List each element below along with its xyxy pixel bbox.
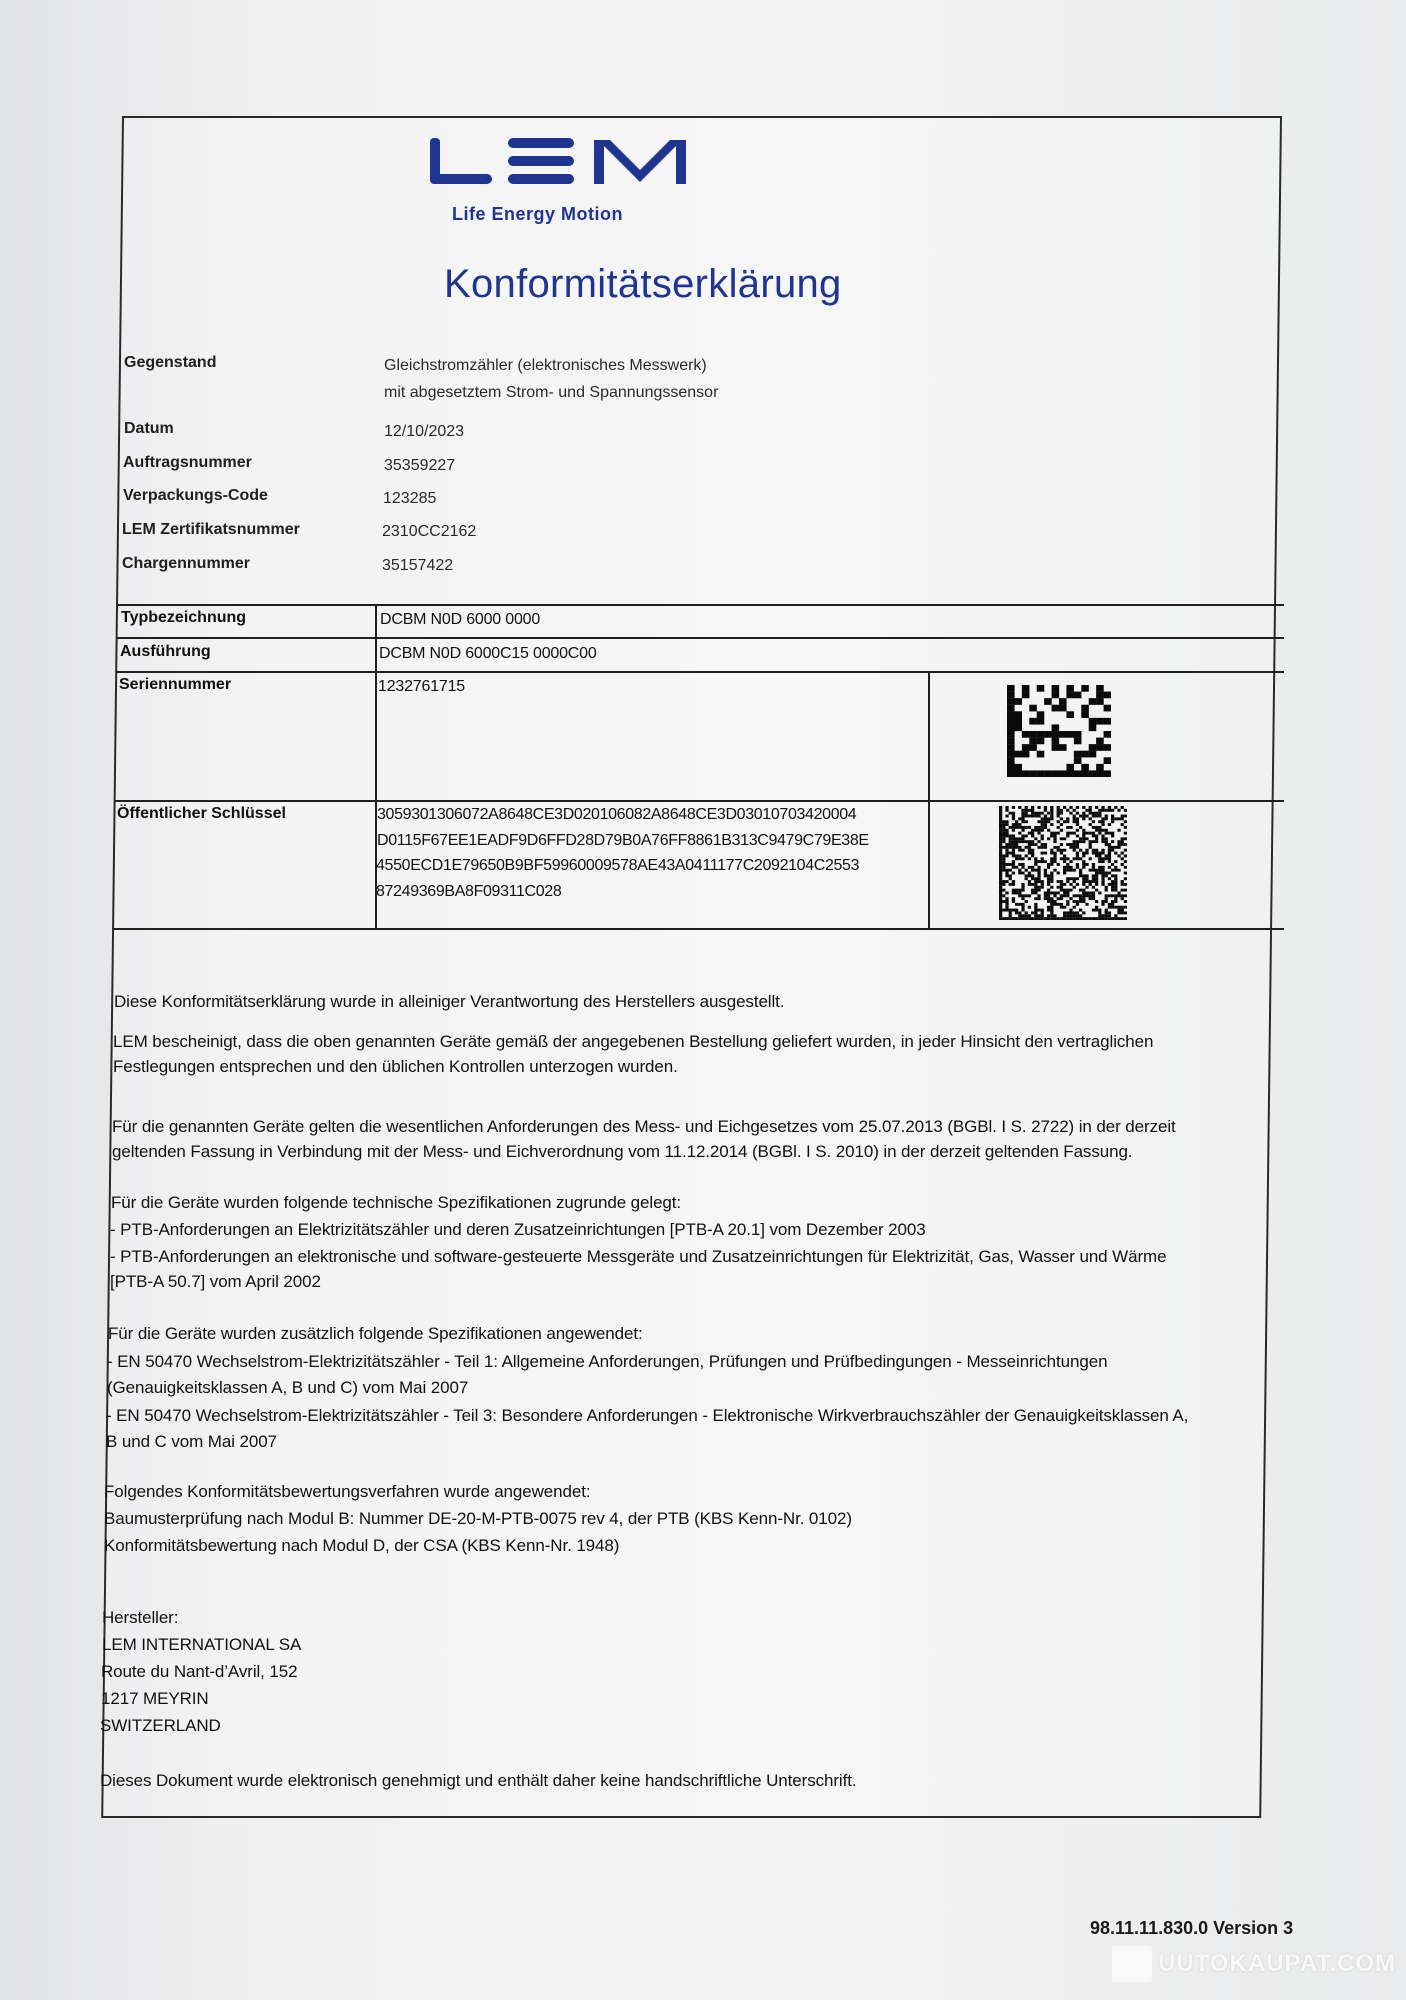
- body-list-item: - EN 50470 Wechselstrom-Elektrizitätszäh…: [106, 1406, 1188, 1426]
- body-list-item: - EN 50470 Wechselstrom-Elektrizitätszäh…: [107, 1352, 1107, 1372]
- meta-label-chargennummer: Chargennummer: [122, 555, 250, 573]
- body-paragraph: Diese Konformitätserklärung wurde in all…: [114, 992, 784, 1012]
- body-list-item: [PTB-A 50.7] vom April 2002: [110, 1272, 321, 1292]
- meta-label-zertifikatsnummer: LEM Zertifikatsnummer: [122, 521, 300, 539]
- body-paragraph: Für die Geräte wurden folgende technisch…: [111, 1193, 681, 1213]
- cell-label-seriennummer: Seriennummer: [119, 676, 231, 694]
- cell-label-typbezeichnung: Typbezeichnung: [121, 609, 246, 627]
- logo-tagline: Life Energy Motion: [452, 204, 623, 225]
- datamatrix-code-small-icon: [1007, 685, 1111, 777]
- cell-value-seriennummer: 1232761715: [378, 678, 465, 696]
- public-key-line: 87249369BA8F09311C028: [376, 883, 561, 901]
- table-row-divider: [115, 800, 1284, 802]
- cell-label-ausfuehrung: Ausführung: [120, 643, 211, 661]
- manufacturer-street: Route du Nant-d’Avril, 152: [101, 1662, 297, 1682]
- public-key-line: 3059301306072A8648CE3D020106082A8648CE3D…: [377, 806, 856, 824]
- lem-logo-icon: [428, 136, 690, 186]
- meta-label-auftragsnummer: Auftragsnummer: [123, 454, 252, 472]
- table-col-divider: [928, 671, 930, 929]
- meta-value-auftragsnummer: 35359227: [384, 457, 455, 475]
- table-row-divider: [117, 637, 1284, 639]
- meta-value-zertifikatsnummer: 2310CC2162: [382, 523, 476, 541]
- body-list-item: - PTB-Anforderungen an elektronische und…: [110, 1247, 1166, 1267]
- watermark-text: UUTOKAUPAT.COM: [1158, 1950, 1396, 1978]
- meta-value-datum: 12/10/2023: [384, 423, 464, 441]
- signature-note: Dieses Dokument wurde elektronisch geneh…: [100, 1771, 856, 1791]
- manufacturer-name: LEM INTERNATIONAL SA: [102, 1635, 301, 1655]
- meta-label-verpackungs-code: Verpackungs-Code: [123, 487, 268, 505]
- meta-label-gegenstand: Gegenstand: [124, 354, 216, 372]
- public-key-line: D0115F67EE1EADF9D6FFD28D79B0A76FF8861B31…: [377, 832, 869, 850]
- body-paragraph: Für die Geräte wurden zusätzlich folgend…: [108, 1324, 643, 1344]
- body-paragraph: Folgendes Konformitätsbewertungsverfahre…: [104, 1482, 590, 1502]
- cell-value-ausfuehrung: DCBM N0D 6000C15 0000C00: [379, 645, 597, 663]
- body-paragraph: LEM bescheinigt, dass die oben genannten…: [113, 1032, 1153, 1052]
- body-list-item: B und C vom Mai 2007: [106, 1432, 277, 1452]
- body-paragraph: Baumusterprüfung nach Modul B: Nummer DE…: [104, 1509, 852, 1529]
- cell-label-oeffentlicher-schluessel: Öffentlicher Schlüssel: [117, 805, 286, 823]
- body-list-item: (Genauigkeitsklassen A, B und C) vom Mai…: [107, 1378, 468, 1398]
- body-paragraph: Für die genannten Geräte gelten die wese…: [112, 1117, 1176, 1137]
- manufacturer-label: Hersteller:: [102, 1608, 178, 1628]
- body-paragraph: Festlegungen entsprechen und den übliche…: [113, 1057, 678, 1077]
- meta-value-chargennummer: 35157422: [382, 557, 453, 575]
- datamatrix-code-large-icon: [999, 806, 1127, 920]
- huutokaupat-logo-icon: [1112, 1946, 1152, 1982]
- meta-value-gegenstand-2: mit abgesetztem Strom- und Spannungssens…: [384, 384, 718, 402]
- table-top-border: [118, 604, 1284, 606]
- manufacturer-country: SWITZERLAND: [100, 1716, 221, 1736]
- meta-label-datum: Datum: [124, 420, 174, 438]
- table-col-divider: [375, 604, 377, 929]
- meta-value-verpackungs-code: 123285: [383, 490, 436, 508]
- document-title: Konformitätserklärung: [444, 262, 842, 307]
- body-paragraph: Konformitätsbewertung nach Modul D, der …: [104, 1536, 619, 1556]
- table-bottom-border: [113, 928, 1284, 930]
- body-list-item: - PTB-Anforderungen an Elektrizitätszähl…: [110, 1220, 926, 1240]
- table-row-divider: [116, 671, 1284, 673]
- document-version-code: 98.11.11.830.0 Version 3: [1090, 1918, 1293, 1939]
- manufacturer-city: 1217 MEYRIN: [101, 1689, 209, 1709]
- cell-value-typbezeichnung: DCBM N0D 6000 0000: [380, 611, 540, 629]
- public-key-line: 4550ECD1E79650B9BF59960009578AE43A041117…: [376, 857, 859, 875]
- meta-value-gegenstand-1: Gleichstromzähler (elektronisches Messwe…: [384, 357, 707, 375]
- body-paragraph: geltenden Fassung in Verbindung mit der …: [112, 1142, 1132, 1162]
